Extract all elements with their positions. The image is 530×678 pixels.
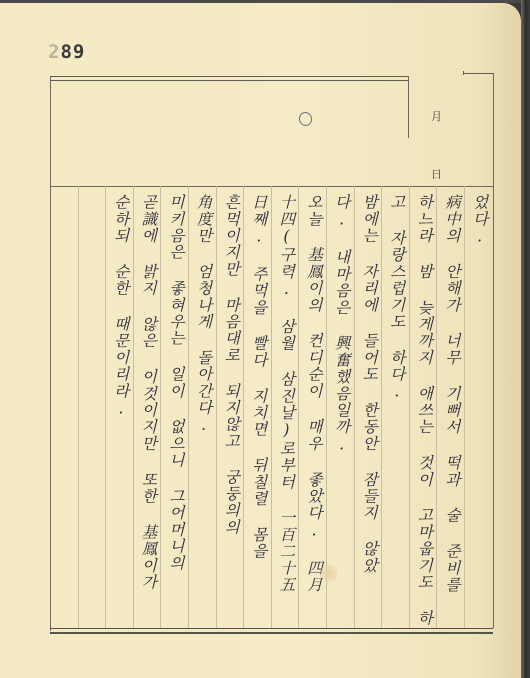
frame-bottom-double-rule (50, 628, 493, 634)
frame-top-double-rule (50, 76, 408, 81)
column-5: 밤에는 자리에 들어도 한동안 잠들지 않았 (354, 186, 382, 628)
column-16 (50, 186, 78, 628)
page-number-digits: 89 (60, 41, 85, 63)
page-number-faint-digit: 2 (48, 41, 60, 63)
day-label: 日 (431, 166, 442, 182)
column-10: 흔먹이지만 마음대로 되지않고 궁둥의의 (216, 186, 244, 628)
column-1: 었다. (464, 186, 492, 628)
column-14: 순하되 순한 때문이리라. (105, 186, 133, 628)
column-text: 미키음은 좋혀우는 일이 없으니 그어머니의 (161, 186, 189, 628)
frame-top-tick (463, 71, 464, 75)
binding-edge (521, 0, 530, 678)
column-text: 病中의 안해가 너무 기뻐서 떡과 술 준비를 (437, 186, 465, 628)
writing-columns: 었다. 病中의 안해가 너무 기뻐서 떡과 술 준비를 하느라 밤 늦게까지 애… (50, 186, 493, 628)
column-text: 角度만 엄청나게 돌아간다. (189, 186, 217, 628)
bleed-through-text: ⠀⠀⠀⠀ (68, 96, 80, 122)
column-text: 오늘 基鳳이의 컨디순이 매우 좋았다. 四月 (299, 186, 327, 628)
frame-right-rule (493, 73, 494, 628)
column-9: 日째. 주먹을 빨다 지치면 뒤칠렬 몸을 (243, 186, 271, 628)
manuscript-frame: ⠀⠀⠀⠀ 月 日 었다. 病中의 안해가 너무 기뻐서 떡과 술 준비를 하느라… (50, 76, 493, 631)
column-text: 日째. 주먹을 빨다 지치면 뒤칠렬 몸을 (244, 186, 272, 628)
column-text (79, 186, 107, 628)
column-text (50, 186, 78, 628)
column-7: 오늘 基鳳이의 컨디순이 매우 좋았다. 四月 (298, 186, 326, 628)
pencil-circle-mark (297, 111, 313, 128)
column-text: 하느라 밤 늦게까지 애쓰는 것이 고마웁기도 하 (410, 186, 438, 628)
column-text: 흔먹이지만 마음대로 되지않고 궁둥의의 (217, 186, 245, 628)
column-text: 고 자랑스럽기도 하다. (382, 186, 410, 628)
column-text: 다. 내마음은 興奮했음일까. (327, 186, 355, 628)
column-13: 곧識에 밝지 않은 이것이지만 또한 基鳳이가 (133, 186, 161, 628)
frame-top-right-rule (463, 73, 493, 74)
column-text: 十四(구력. 삼월 삼진날)로부터 一百二十五 (272, 186, 300, 628)
column-6: 다. 내마음은 興奮했음일까. (326, 186, 354, 628)
column-2: 病中의 안해가 너무 기뻐서 떡과 술 준비를 (436, 186, 464, 628)
column-text: 곧識에 밝지 않은 이것이지만 또한 基鳳이가 (134, 186, 162, 628)
column-4: 고 자랑스럽기도 하다. (381, 186, 409, 628)
column-15 (78, 186, 106, 628)
column-text: 밤에는 자리에 들어도 한동안 잠들지 않았 (355, 186, 383, 628)
column-text: 순하되 순한 때문이리라. (106, 186, 134, 628)
month-label: 月 (431, 108, 442, 124)
column-8: 十四(구력. 삼월 삼진날)로부터 一百二十五 (271, 186, 299, 628)
column-text: 었다. (465, 186, 493, 628)
column-11: 角度만 엄청나게 돌아간다. (188, 186, 216, 628)
column-12: 미키음은 좋혀우는 일이 없으니 그어머니의 (160, 186, 188, 628)
column-3: 하느라 밤 늦게까지 애쓰는 것이 고마웁기도 하 (409, 186, 437, 628)
date-box-divider (408, 76, 409, 138)
paper-stain (320, 564, 338, 582)
page-number: 289 (48, 41, 85, 63)
notebook-page: 289 ⠀⠀⠀⠀ 月 日 었다. 病中의 안해가 너무 기뻐서 떡과 술 준비를… (0, 3, 521, 678)
